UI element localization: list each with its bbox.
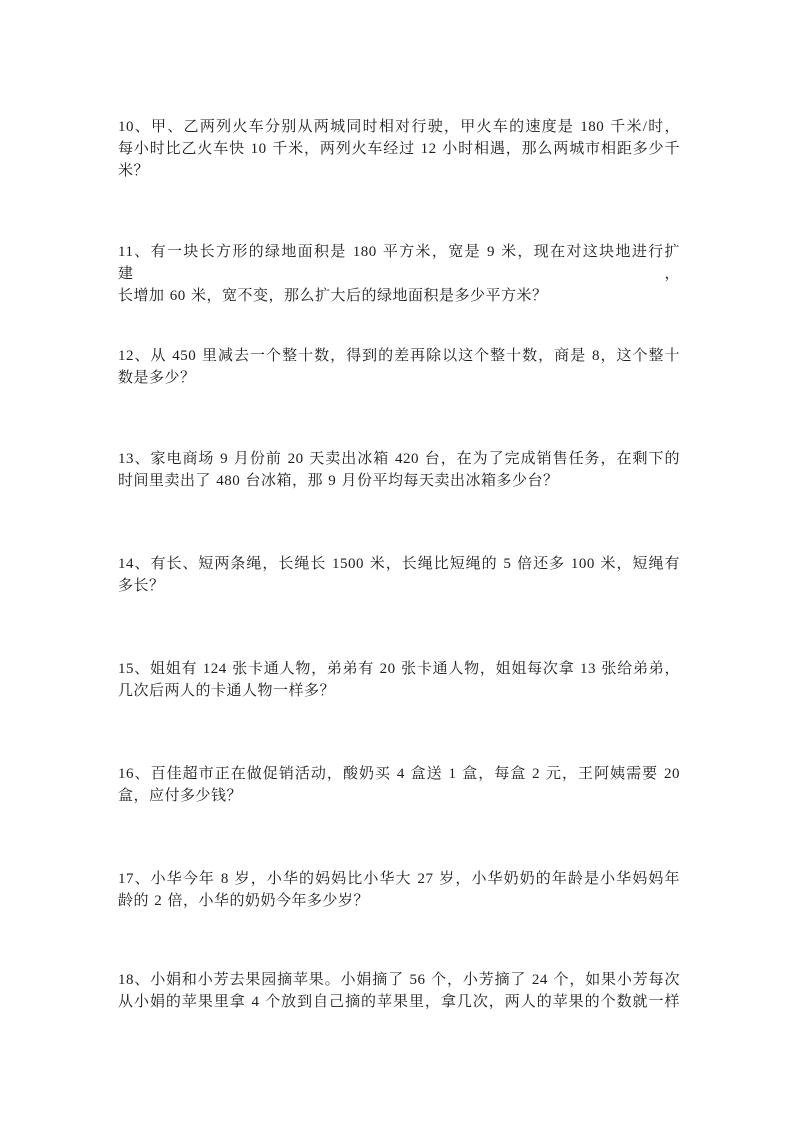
problem-line: 18、小娟和小芳去果园摘苹果。小娟摘了 56 个，小芳摘了 24 个，如果小芳每… (118, 969, 680, 991)
problem-14: 14、有长、短两条绳，长绳长 1500 米，长绳比短绳的 5 倍还多 100 米… (118, 553, 680, 597)
problem-11: 11、有一块长方形的绿地面积是 180 平方米，宽是 9 米，现在对这块地进行扩… (118, 241, 680, 307)
problem-line: 12、从 450 里减去一个整十数，得到的差再除以这个整十数，商是 8，这个整十 (118, 345, 680, 367)
problem-12: 12、从 450 里减去一个整十数，得到的差再除以这个整十数，商是 8，这个整十… (118, 345, 680, 389)
problem-line: 几次后两人的卡通人物一样多？ (118, 680, 680, 702)
problem-17: 17、小华今年 8 岁，小华的妈妈比小华大 27 岁，小华奶奶的年龄是小华妈妈年… (118, 868, 680, 912)
problem-line: 长增加 60 米，宽不变，那么扩大后的绿地面积是多少平方米？ (118, 285, 680, 307)
problem-line: 11、有一块长方形的绿地面积是 180 平方米，宽是 9 米，现在对这块地进行扩… (118, 241, 680, 285)
problem-13: 13、家电商场 9 月份前 20 天卖出冰箱 420 台，在为了完成销售任务，在… (118, 448, 680, 492)
problem-10: 10、甲、乙两列火车分别从两城同时相对行驶，甲火车的速度是 180 千米/时， … (118, 116, 680, 182)
problem-line: 时间里卖出了 480 台冰箱，那 9 月份平均每天卖出冰箱多少台？ (118, 470, 680, 492)
problem-line: 数是多少？ (118, 367, 680, 389)
problem-16: 16、百佳超市正在做促销活动，酸奶买 4 盒送 1 盒，每盒 2 元，王阿姨需要… (118, 763, 680, 807)
problem-18: 18、小娟和小芳去果园摘苹果。小娟摘了 56 个，小芳摘了 24 个，如果小芳每… (118, 969, 680, 1013)
problem-line: 每小时比乙火车快 10 千米，两列火车经过 12 小时相遇，那么两城市相距多少千 (118, 138, 680, 160)
problem-line: 从小娟的苹果里拿 4 个放到自己摘的苹果里，拿几次，两人的苹果的个数就一样 (118, 991, 680, 1013)
problem-line: 17、小华今年 8 岁，小华的妈妈比小华大 27 岁，小华奶奶的年龄是小华妈妈年 (118, 868, 680, 890)
problem-line: 10、甲、乙两列火车分别从两城同时相对行驶，甲火车的速度是 180 千米/时， (118, 116, 680, 138)
document-page: 10、甲、乙两列火车分别从两城同时相对行驶，甲火车的速度是 180 千米/时， … (0, 0, 793, 1122)
problem-line: 14、有长、短两条绳，长绳长 1500 米，长绳比短绳的 5 倍还多 100 米… (118, 553, 680, 575)
problem-line: 盒，应付多少钱？ (118, 785, 680, 807)
problem-line: 13、家电商场 9 月份前 20 天卖出冰箱 420 台，在为了完成销售任务，在… (118, 448, 680, 470)
problem-line: 米？ (118, 160, 680, 182)
problem-line: 15、姐姐有 124 张卡通人物，弟弟有 20 张卡通人物，姐姐每次拿 13 张… (118, 658, 680, 680)
problem-line: 龄的 2 倍，小华的奶奶今年多少岁？ (118, 890, 680, 912)
problem-line: 多长？ (118, 575, 680, 597)
problem-line: 16、百佳超市正在做促销活动，酸奶买 4 盒送 1 盒，每盒 2 元，王阿姨需要… (118, 763, 680, 785)
problem-15: 15、姐姐有 124 张卡通人物，弟弟有 20 张卡通人物，姐姐每次拿 13 张… (118, 658, 680, 702)
